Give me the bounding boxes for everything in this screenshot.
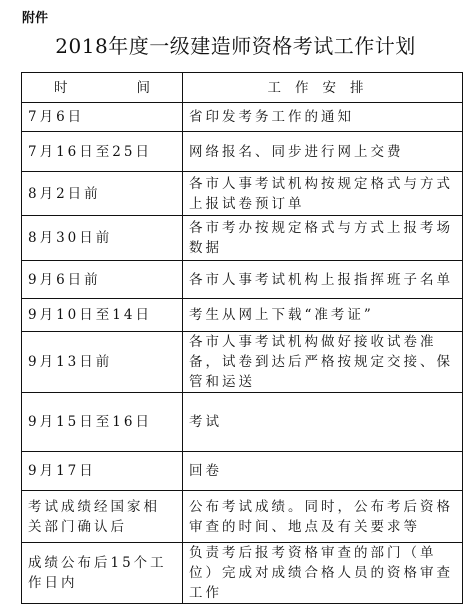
table-row: 9月10日至14日考生从网上下载“准考证” xyxy=(22,299,463,332)
table-row: 考试成绩经国家相关部门确认后公布考试成绩。同时，公布考后资格审查的时间、地点及有… xyxy=(22,491,463,543)
schedule-table: 时 间 工作安排 7月6日省印发考务工作的通知7月16日至25日网络报名、同步进… xyxy=(21,72,463,604)
cell-work: 省印发考务工作的通知 xyxy=(183,103,463,132)
cell-work: 各市人事考试机构按规定格式与方式上报试卷预订单 xyxy=(183,172,463,216)
cell-time: 9月13日前 xyxy=(22,332,183,393)
cell-work: 各市考办按规定格式与方式上报考场数据 xyxy=(183,216,463,261)
table-header-row: 时 间 工作安排 xyxy=(22,73,463,103)
table-row: 成绩公布后15个工作日内负责考后报考资格审查的部门（单位）完成对成绩合格人员的资… xyxy=(22,543,463,604)
cell-work: 回卷 xyxy=(183,452,463,491)
cell-time: 考试成绩经国家相关部门确认后 xyxy=(22,491,183,543)
cell-time: 9月15日至16日 xyxy=(22,393,183,452)
table-body: 7月6日省印发考务工作的通知7月16日至25日网络报名、同步进行网上交费8月2日… xyxy=(22,103,463,604)
cell-work: 考试 xyxy=(183,393,463,452)
table-row: 8月2日前各市人事考试机构按规定格式与方式上报试卷预订单 xyxy=(22,172,463,216)
cell-time: 7月16日至25日 xyxy=(22,132,183,172)
table-row: 7月16日至25日网络报名、同步进行网上交费 xyxy=(22,132,463,172)
table-row: 7月6日省印发考务工作的通知 xyxy=(22,103,463,132)
table-row: 9月15日至16日考试 xyxy=(22,393,463,452)
cell-work: 考生从网上下载“准考证” xyxy=(183,299,463,332)
header-work: 工作安排 xyxy=(183,73,463,103)
attachment-label: 附件 xyxy=(22,7,48,26)
cell-time: 9月6日前 xyxy=(22,261,183,299)
table-row: 9月17日回卷 xyxy=(22,452,463,491)
cell-work: 各市人事考试机构做好接收试卷准备，试卷到达后严格按规定交接、保管和运送 xyxy=(183,332,463,393)
cell-work: 网络报名、同步进行网上交费 xyxy=(183,132,463,172)
cell-work: 公布考试成绩。同时，公布考后资格审查的时间、地点及有关要求等 xyxy=(183,491,463,543)
cell-work: 各市人事考试机构上报指挥班子名单 xyxy=(183,261,463,299)
cell-time: 7月6日 xyxy=(22,103,183,132)
cell-time: 8月2日前 xyxy=(22,172,183,216)
table-row: 9月6日前各市人事考试机构上报指挥班子名单 xyxy=(22,261,463,299)
table-row: 9月13日前各市人事考试机构做好接收试卷准备，试卷到达后严格按规定交接、保管和运… xyxy=(22,332,463,393)
cell-time: 8月30日前 xyxy=(22,216,183,261)
header-time-char-1: 时 xyxy=(54,78,68,98)
page-title: 2018年度一级建造师资格考试工作计划 xyxy=(0,30,471,59)
header-time: 时 间 xyxy=(22,73,183,103)
cell-work: 负责考后报考资格审查的部门（单位）完成对成绩合格人员的资格审查工作 xyxy=(183,543,463,604)
header-time-char-2: 间 xyxy=(137,78,151,98)
cell-time: 9月10日至14日 xyxy=(22,299,183,332)
cell-time: 9月17日 xyxy=(22,452,183,491)
cell-time: 成绩公布后15个工作日内 xyxy=(22,543,183,604)
table-row: 8月30日前各市考办按规定格式与方式上报考场数据 xyxy=(22,216,463,261)
